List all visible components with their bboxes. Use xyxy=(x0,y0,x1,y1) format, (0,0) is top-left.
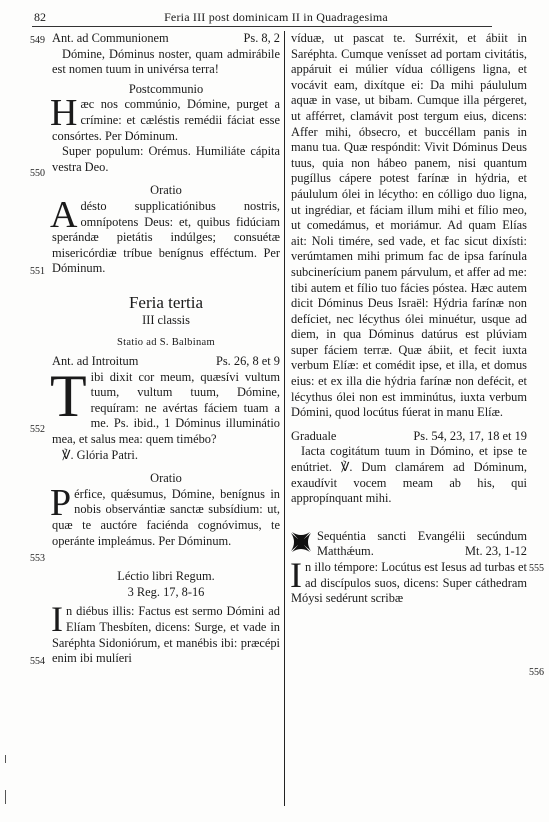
right-column: víduæ, ut pascat te. Surréxit, et ábiit … xyxy=(291,31,527,607)
margin-number: 551 xyxy=(30,266,45,277)
margin-number: 550 xyxy=(30,168,45,179)
postcommunio-heading: Postcommunio xyxy=(52,82,280,98)
introitus-rubric: Ant. ad Introitum Ps. 26, 8 et 9 xyxy=(52,354,280,370)
graduale-rubric: Graduale Ps. 54, 23, 17, 18 et 19 xyxy=(291,429,527,445)
margin-number: 553 xyxy=(30,553,45,564)
oratio-heading: Oratio xyxy=(52,471,280,487)
lectio-heading: Léctio libri Regum. xyxy=(52,569,280,585)
dropcap: I xyxy=(290,561,302,589)
scan-mark xyxy=(5,755,6,763)
running-title: Feria III post dominicam II in Quadrages… xyxy=(32,10,492,25)
column-divider xyxy=(284,31,285,806)
graduale-text: Iacta cogitátum tuum in Dómino, et ipse … xyxy=(291,444,527,506)
lectio-continued: víduæ, ut pascat te. Surréxit, et ábiit … xyxy=(291,31,527,421)
dropcap: P xyxy=(50,488,71,518)
scan-mark xyxy=(5,790,6,804)
oratio-text: Adésto supplicatiónibus nostris, omnípot… xyxy=(52,199,280,277)
communion-label: Ant. ad Communionem xyxy=(52,31,169,47)
communion-rubric: Ant. ad Communionem Ps. 8, 2 xyxy=(52,31,280,47)
feria-title: Feria tertia xyxy=(52,293,280,313)
communion-ref: Ps. 8, 2 xyxy=(244,31,281,47)
oratio-text: Pérfice, quǽsumus, Dómine, benígnus in n… xyxy=(52,487,280,549)
cross-pattee-icon xyxy=(289,530,313,554)
introitus-text: Tibi dixit cor meum, quæsívi vultum tuum… xyxy=(52,370,280,448)
dropcap: H xyxy=(50,98,77,128)
postcommunio-text: Hæc nos commúnio, Dómine, purget a crími… xyxy=(52,97,280,144)
lectio-body: n diébus illis: Factus est sermo Dómini … xyxy=(52,604,280,665)
evangelium-intro: Sequéntia sancti Evangélii secúndum Matt… xyxy=(291,529,527,560)
margin-number: 552 xyxy=(30,424,45,435)
missal-page: 82 Feria III post dominicam II in Quadra… xyxy=(0,0,549,822)
introitus-label: Ant. ad Introitum xyxy=(52,354,138,370)
oratio-body: érfice, quǽsumus, Dómine, benígnus in no… xyxy=(52,487,280,548)
margin-number: 555 xyxy=(529,563,544,574)
lectio-text: In diébus illis: Factus est sermo Dómini… xyxy=(52,604,280,666)
communion-text: Dómine, Dóminus noster, quam admirábile … xyxy=(52,47,280,78)
postcommunio-body: æc nos commúnio, Dómine, purget a crímin… xyxy=(52,97,280,142)
margin-number: 556 xyxy=(529,667,544,678)
gloria-patri: ℣. Glória Patri. xyxy=(52,448,280,464)
evangelium-body: n illo témpore: Locútus est Iesus ad tur… xyxy=(291,560,527,605)
graduale-label: Graduale xyxy=(291,429,336,445)
dropcap: I xyxy=(51,605,63,633)
oratio-heading: Oratio xyxy=(52,183,280,199)
lectio-ref: 3 Reg. 17, 8-16 xyxy=(52,585,280,601)
evangelium-ref: Mt. 23, 1-12 xyxy=(465,544,527,560)
oratio-body: désto supplicatiónibus nostris, omnípote… xyxy=(52,199,280,275)
feria-classis: III classis xyxy=(52,313,280,329)
page-header: 82 Feria III post dominicam II in Quadra… xyxy=(32,6,492,27)
statio: Statio ad S. Balbinam xyxy=(52,335,280,351)
dropcap: T xyxy=(50,372,87,420)
introitus-ref: Ps. 26, 8 et 9 xyxy=(216,354,280,370)
graduale-ref: Ps. 54, 23, 17, 18 et 19 xyxy=(413,429,527,445)
margin-number: 554 xyxy=(30,656,45,667)
left-column: Ant. ad Communionem Ps. 8, 2 Dómine, Dóm… xyxy=(52,31,280,667)
evangelium-text: In illo témpore: Locútus est Iesus ad tu… xyxy=(291,560,527,607)
dropcap: A xyxy=(50,200,77,230)
margin-number: 549 xyxy=(30,35,45,46)
super-populum: Super populum: Orémus. Humiliáte cápita … xyxy=(52,144,280,175)
